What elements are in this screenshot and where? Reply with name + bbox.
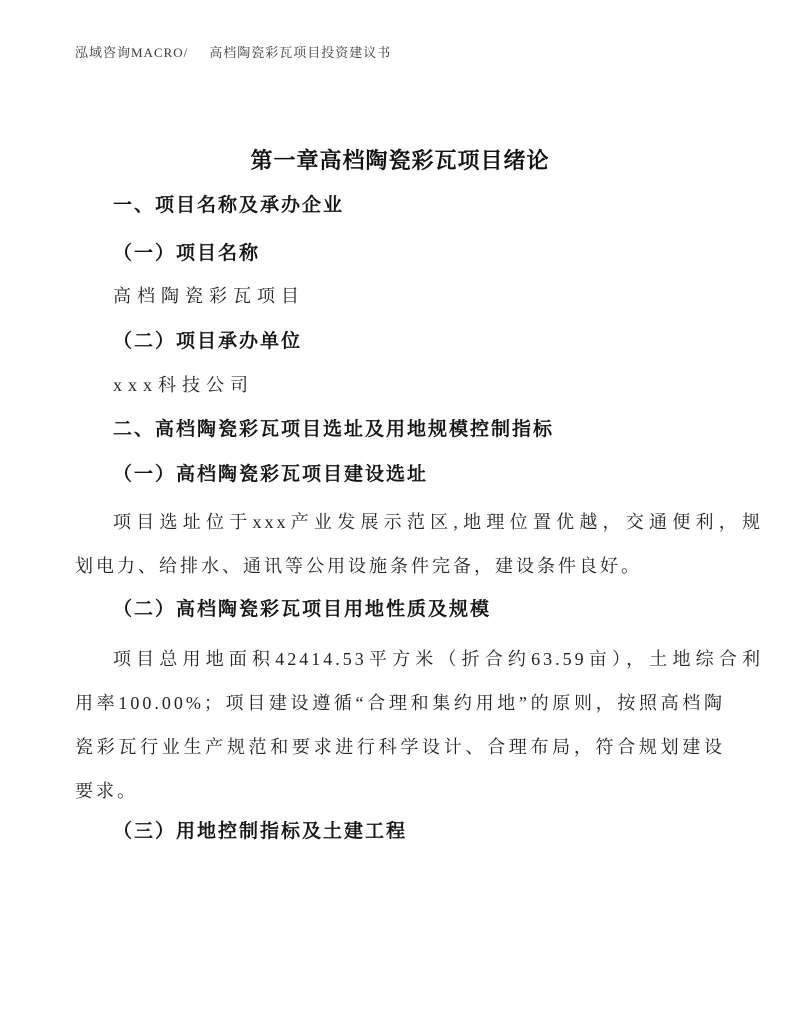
chapter-title: 第一章高档陶瓷彩瓦项目绪论 — [75, 146, 725, 176]
land-para-line: 要求。 — [75, 776, 725, 806]
section-1-sub-2-heading: （二）项目承办单位 — [75, 327, 763, 357]
header-doc-title: 高档陶瓷彩瓦项目投资建议书 — [209, 44, 391, 62]
page-header: 泓域咨询MACRO/ 高档陶瓷彩瓦项目投资建议书 — [75, 44, 725, 62]
document-page: 泓域咨询MACRO/ 高档陶瓷彩瓦项目投资建议书 第一章高档陶瓷彩瓦项目绪论 一… — [0, 0, 800, 1036]
section-1-heading: 一、项目名称及承办企业 — [75, 191, 763, 221]
land-para-line: 用率100.00%；项目建设遵循“合理和集约用地”的原则，按照高档陶 — [75, 688, 725, 718]
header-brand: 泓域咨询MACRO/ — [75, 44, 188, 62]
undertaker-text: xxx科技公司 — [75, 370, 763, 400]
section-2-sub-2-heading: （二）高档陶瓷彩瓦项目用地性质及规模 — [75, 595, 763, 625]
section-1-sub-1-heading: （一）项目名称 — [75, 239, 763, 269]
site-para-line: 划电力、给排水、通讯等公用设施条件完备，建设条件良好。 — [75, 551, 725, 581]
section-2-sub-1-heading: （一）高档陶瓷彩瓦项目建设选址 — [75, 460, 763, 490]
section-2-sub-3-heading: （三）用地控制指标及土建工程 — [75, 817, 763, 847]
section-2-heading: 二、高档陶瓷彩瓦项目选址及用地规模控制指标 — [75, 415, 763, 445]
site-para-line: 项目选址位于xxx产业发展示范区,地理位置优越，交通便利，规 — [75, 507, 763, 537]
project-name-text: 高档陶瓷彩瓦项目 — [75, 281, 763, 311]
land-para-line: 项目总用地面积42414.53平方米（折合约63.59亩），土地综合利 — [75, 644, 763, 674]
land-para-line: 瓷彩瓦行业生产规范和要求进行科学设计、合理布局，符合规划建设 — [75, 732, 725, 762]
